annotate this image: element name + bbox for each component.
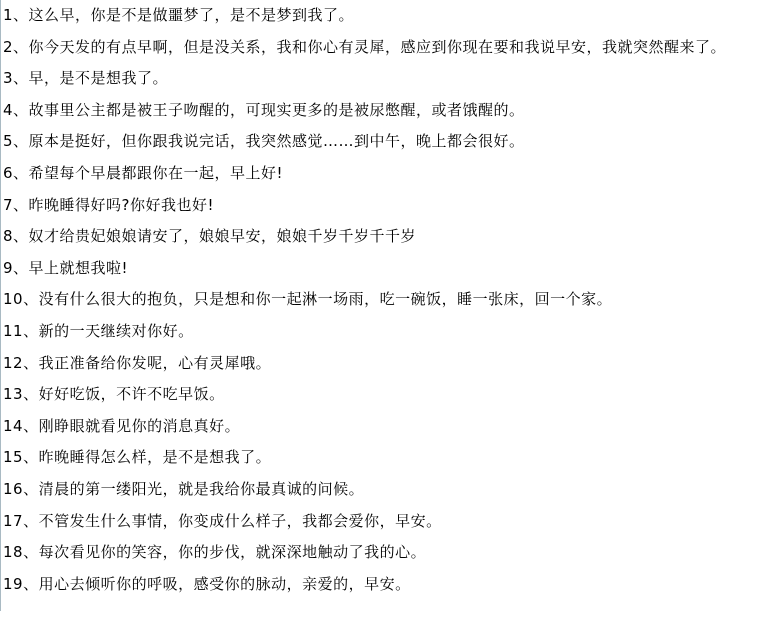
- list-item: 15、昨晚睡得怎么样，是不是想我了。: [3, 442, 756, 474]
- list-item: 9、早上就想我啦!: [3, 253, 756, 285]
- list-item: 19、用心去倾听你的呼吸，感受你的脉动，亲爱的，早安。: [3, 569, 756, 601]
- list-item: 4、故事里公主都是被王子吻醒的，可现实更多的是被尿憋醒，或者饿醒的。: [3, 95, 756, 127]
- list-item: 5、原本是挺好，但你跟我说完话，我突然感觉……到中午，晚上都会很好。: [3, 126, 756, 158]
- list-item: 17、不管发生什么事情，你变成什么样子，我都会爱你，早安。: [3, 506, 756, 538]
- sentence-list: 1、这么早，你是不是做噩梦了，是不是梦到我了。2、你今天发的有点早啊，但是没关系…: [0, 0, 756, 600]
- list-item: 10、没有什么很大的抱负，只是想和你一起淋一场雨，吃一碗饭，睡一张床，回一个家。: [3, 284, 756, 316]
- document-page: 1、这么早，你是不是做噩梦了，是不是梦到我了。2、你今天发的有点早啊，但是没关系…: [0, 0, 757, 618]
- list-item: 16、清晨的第一缕阳光，就是我给你最真诚的问候。: [3, 474, 756, 506]
- list-item: 2、你今天发的有点早啊，但是没关系，我和你心有灵犀，感应到你现在要和我说早安，我…: [3, 32, 756, 64]
- list-item: 14、刚睁眼就看见你的消息真好。: [3, 411, 756, 443]
- list-item: 6、希望每个早晨都跟你在一起，早上好!: [3, 158, 756, 190]
- list-item: 12、我正准备给你发呢，心有灵犀哦。: [3, 348, 756, 380]
- list-item: 13、好好吃饭，不许不吃早饭。: [3, 379, 756, 411]
- list-item: 18、每次看见你的笑容，你的步伐，就深深地触动了我的心。: [3, 537, 756, 569]
- list-item: 7、昨晚睡得好吗?你好我也好!: [3, 190, 756, 222]
- list-item: 11、新的一天继续对你好。: [3, 316, 756, 348]
- list-item: 8、奴才给贵妃娘娘请安了，娘娘早安，娘娘千岁千岁千千岁: [3, 221, 756, 253]
- list-item: 1、这么早，你是不是做噩梦了，是不是梦到我了。: [3, 0, 756, 32]
- list-item: 3、早，是不是想我了。: [3, 63, 756, 95]
